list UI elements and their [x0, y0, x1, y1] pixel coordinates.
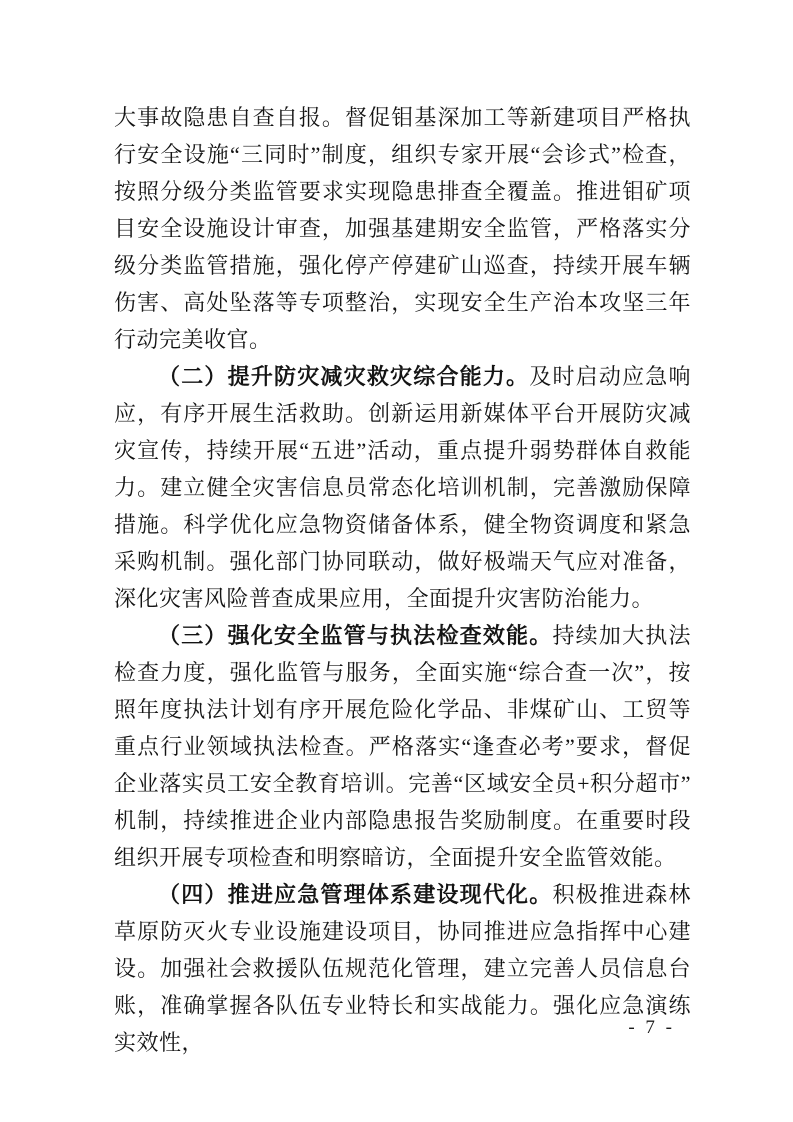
paragraph-section-4: （四）推进应急管理体系建设现代化。积极推进森林草原防灭火专业设施建设项目，协同推…: [114, 876, 691, 1061]
page-number: - 7 -: [628, 1017, 675, 1039]
paragraph-section-3: （三）强化安全监管与执法检查效能。持续加大执法检查力度，强化监管与服务，全面实施…: [114, 617, 691, 876]
document-page: 大事故隐患自查自报。督促钼基深加工等新建项目严格执行安全设施“三同时”制度，组织…: [0, 0, 793, 1122]
section-heading-2: （二）提升防灾减灾救灾综合能力。: [158, 364, 529, 389]
paragraph-text: 积极推进森林草原防灭火专业设施建设项目，协同推进应急指挥中心建设。加强社会救援队…: [114, 882, 691, 1055]
paragraph-text: 及时启动应急响应，有序开展生活救助。创新运用新媒体平台开展防灾减灾宣传，持续开展…: [114, 364, 691, 611]
document-body: 大事故隐患自查自报。督促钼基深加工等新建项目严格执行安全设施“三同时”制度，组织…: [114, 99, 691, 1061]
section-heading-3: （三）强化安全监管与执法检查效能。: [158, 623, 552, 648]
paragraph-section-2: （二）提升防灾减灾救灾综合能力。及时启动应急响应，有序开展生活救助。创新运用新媒…: [114, 358, 691, 617]
paragraph-text: 大事故隐患自查自报。督促钼基深加工等新建项目严格执行安全设施“三同时”制度，组织…: [114, 105, 691, 352]
paragraph-continued: 大事故隐患自查自报。督促钼基深加工等新建项目严格执行安全设施“三同时”制度，组织…: [114, 99, 691, 358]
paragraph-text: 持续加大执法检查力度，强化监管与服务，全面实施“综合查一次”，按照年度执法计划有…: [114, 623, 691, 870]
section-heading-4: （四）推进应急管理体系建设现代化。: [158, 882, 552, 907]
